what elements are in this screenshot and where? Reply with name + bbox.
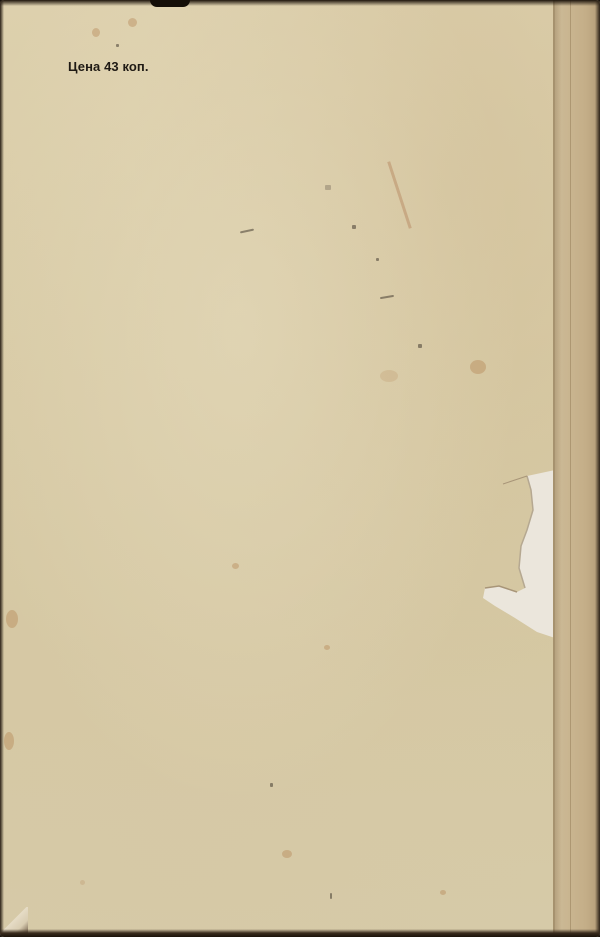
speck [240,229,254,234]
book-back-cover: Цена 43 коп. [0,0,600,937]
stain [232,563,239,569]
stain [470,360,486,374]
stain [4,732,14,750]
speck [270,783,273,787]
stain [324,645,330,650]
speck [352,225,356,229]
stain [440,890,446,895]
left-edge [0,0,4,937]
right-edge [595,0,600,937]
stain [380,370,398,382]
top-edge [0,0,600,6]
stain [80,880,85,885]
stain [282,850,292,858]
stain [128,18,137,27]
speck [116,44,119,47]
speck [376,258,379,261]
speck [325,185,331,190]
speck [330,893,332,899]
top-edge-tear [150,0,190,7]
stain [6,610,18,628]
price-label: Цена 43 коп. [68,59,149,74]
bottom-edge [0,929,600,937]
torn-paper-patch [475,470,555,640]
spine-hinge [553,0,555,937]
speck [380,295,394,299]
stain-streak [387,161,411,229]
book-spine [553,0,600,937]
speck [418,344,422,348]
stain [92,28,100,37]
spine-crease [570,0,571,937]
